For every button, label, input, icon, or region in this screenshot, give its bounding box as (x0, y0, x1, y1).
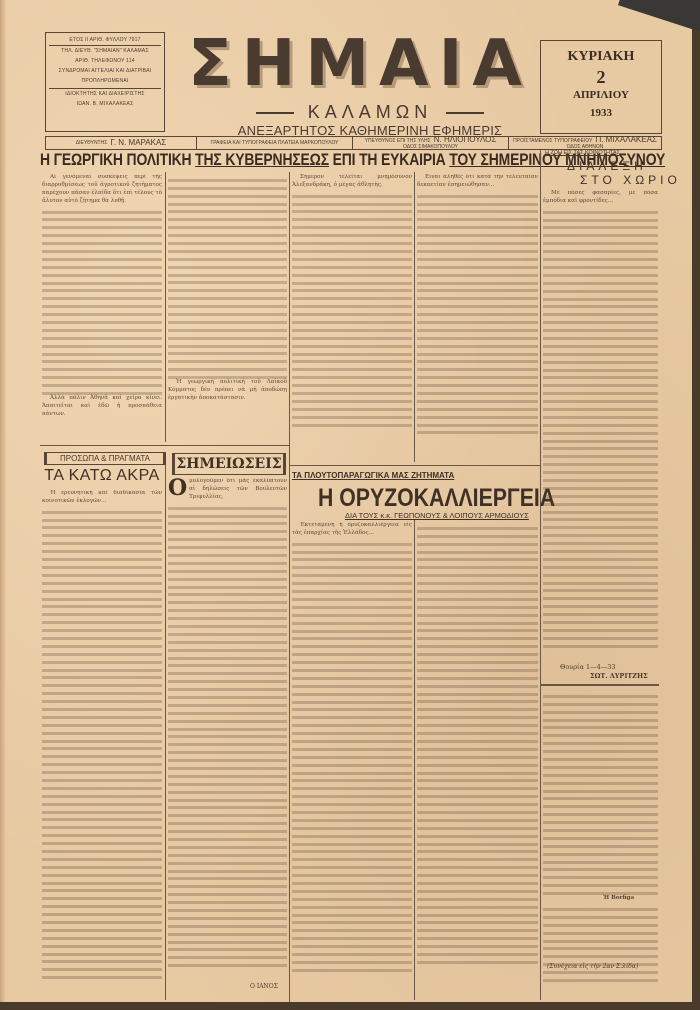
text-line (292, 969, 412, 972)
text-line (292, 850, 412, 853)
text-line (543, 337, 658, 340)
text-line (417, 313, 538, 316)
text-line (543, 566, 658, 569)
text-line (42, 234, 162, 237)
text-line (42, 669, 162, 672)
text-line (168, 507, 287, 510)
text-line (168, 522, 287, 525)
text-line (292, 937, 412, 940)
section-rule (40, 445, 290, 446)
text-line (417, 882, 538, 885)
text-line (168, 641, 287, 644)
text-line (292, 266, 412, 269)
text-line (168, 234, 287, 237)
text-line (42, 732, 162, 735)
lead-article-col1: Αἱ γενόμεναι συσκέψεις περὶ τῆς διαρρυθμ… (42, 174, 162, 442)
text-line (168, 360, 287, 363)
text-line (543, 534, 658, 537)
text-line (417, 803, 538, 806)
text-line (417, 543, 538, 546)
text-line (292, 716, 412, 719)
text-line (168, 250, 287, 253)
text-line (168, 297, 287, 300)
text-line (168, 948, 287, 951)
text-line (42, 337, 162, 340)
text-line (543, 266, 658, 269)
newspaper-city: ΚΑΛΑΜΩΝ (195, 102, 545, 123)
text-line (543, 750, 658, 753)
text-line (292, 337, 412, 340)
text-line (42, 582, 162, 585)
text-line (417, 700, 538, 703)
text-line (168, 735, 287, 738)
text-line (543, 805, 658, 808)
text-line (42, 882, 162, 885)
text-line (543, 734, 658, 737)
text-line (42, 598, 162, 601)
continued-note: (Συνέχεια εἰς τὴν 2αν Σ.λίδα) (547, 963, 638, 970)
text-line (292, 622, 412, 625)
text-line (417, 795, 538, 798)
text-line (543, 219, 658, 222)
text-line (417, 629, 538, 632)
text-line (168, 751, 287, 754)
text-line (168, 321, 287, 324)
text-line (42, 858, 162, 861)
rice-article-col1: Ἐκτεταμένη ἡ ὀρυζοκαλλιέργεια εἰς τὰς ἐπ… (292, 522, 412, 992)
text-line (168, 830, 287, 833)
text-line (543, 861, 658, 864)
text-line (543, 440, 658, 443)
text-line (168, 337, 287, 340)
text-line (42, 534, 162, 537)
text-line (292, 384, 412, 387)
text-line (417, 258, 538, 261)
text-line (42, 787, 162, 790)
text-line (543, 290, 658, 293)
text-line (42, 274, 162, 277)
text-line (42, 874, 162, 877)
text-line (292, 874, 412, 877)
text-line (42, 258, 162, 261)
text-line (168, 562, 287, 565)
text-line (292, 606, 412, 609)
side-column-dateline: Θουρία 1—4—33 (560, 663, 616, 671)
text-line (168, 210, 287, 213)
text-line (543, 719, 658, 722)
text-line (292, 574, 412, 577)
text-line (417, 345, 538, 348)
text-line (417, 203, 538, 206)
text-line (292, 630, 412, 633)
director-label: ΔΙΕΥΘΥΝΤΗΣ (76, 140, 108, 146)
paragraph: Μὲ πόσες φασαρίες, μὲ πόσα ἐμπόδια καὶ φ… (543, 190, 658, 206)
text-line (292, 866, 412, 869)
year: 1933 (541, 107, 661, 119)
text-line (168, 657, 287, 660)
text-line (417, 724, 538, 727)
text-line (543, 305, 658, 308)
text-line (292, 210, 412, 213)
text-line (543, 774, 658, 777)
director-cell: ΔΙΕΥΘΥΝΤΗΣ Γ. Ν. ΜΑΡΑΚΑΣ (46, 137, 197, 149)
text-line (292, 906, 412, 909)
text-line (42, 566, 162, 569)
text-line (417, 598, 538, 601)
text-line (543, 274, 658, 277)
text-line (292, 772, 412, 775)
text-line (543, 471, 658, 474)
text-line (417, 282, 538, 285)
text-line (417, 266, 538, 269)
text-line (292, 543, 412, 546)
text-line (42, 913, 162, 916)
text-line (168, 649, 287, 652)
text-line (42, 826, 162, 829)
text-line (42, 771, 162, 774)
text-line (417, 843, 538, 846)
text-line (42, 218, 162, 221)
newspaper-page: ΕΤΟΣ ΙΙ ΑΡΙΘ. ΦΥΛΛΟΥ 7917 ΤΗΛ. ΔΙΕΥΘ. "Σ… (0, 0, 692, 1002)
text-line (168, 226, 287, 229)
text-line (543, 321, 658, 324)
text-line (417, 250, 538, 253)
column-rule (165, 172, 166, 442)
text-line (543, 813, 658, 816)
text-line (168, 203, 287, 206)
text-line (417, 424, 538, 427)
rice-article-title: Η ΟΡΥΖΟΚΑΛΛΙΕΡΓΕΙΑ (318, 484, 555, 513)
text-line (292, 258, 412, 261)
text-line (292, 637, 412, 640)
text-line (417, 210, 538, 213)
text-line (42, 360, 162, 363)
day-number: 2 (541, 67, 661, 88)
text-line (168, 814, 287, 817)
text-line (168, 617, 287, 620)
side-column-author: ΣΩΤ. ΛΥΡΙΤΖΗΣ (590, 672, 648, 680)
text-line (543, 234, 658, 237)
text-line (42, 945, 162, 948)
text-line (292, 898, 412, 901)
text-line (168, 909, 287, 912)
text-line (168, 941, 287, 944)
text-line (543, 916, 658, 919)
text-line (42, 313, 162, 316)
text-line (417, 693, 538, 696)
text-line (168, 672, 287, 675)
text-line (292, 297, 412, 300)
text-line (168, 625, 287, 628)
text-line (417, 858, 538, 861)
text-line (543, 766, 658, 769)
director-name: Γ. Ν. ΜΑΡΑΚΑΣ (110, 140, 166, 146)
text-line (417, 606, 538, 609)
text-line (417, 376, 538, 379)
side-column-title-line1: ΔΙΑΛΕΞΗ (567, 159, 647, 173)
text-line (543, 924, 658, 927)
text-line (543, 637, 658, 640)
text-line (417, 384, 538, 387)
text-line (168, 759, 287, 762)
text-line (417, 945, 538, 948)
lead-headline: Η ΓΕΩΡΓΙΚΗ ΠΟΛΙΤΙΚΗ ΤΗΣ ΚΥΒΕΡΝΗΣΕΩΣ ΕΠΙ … (40, 150, 450, 170)
text-line (543, 868, 658, 871)
text-line (417, 866, 538, 869)
lead-article-col3: Σήμερον τελεῖται μνημόσυνον Ἀλεξανδράκη,… (292, 174, 412, 462)
text-line (543, 574, 658, 577)
text-line (42, 242, 162, 245)
text-line (417, 337, 538, 340)
text-line (543, 408, 658, 411)
text-line (292, 250, 412, 253)
text-line (42, 803, 162, 806)
text-line (292, 305, 412, 308)
text-line (42, 740, 162, 743)
column-rule (540, 150, 541, 1000)
text-line (42, 929, 162, 932)
text-line (168, 593, 287, 596)
text-line (42, 834, 162, 837)
text-line (42, 811, 162, 814)
text-line (168, 743, 287, 746)
text-line (292, 732, 412, 735)
masthead: ΕΤΟΣ ΙΙ ΑΡΙΘ. ΦΥΛΛΟΥ 7917 ΤΗΛ. ΔΙΕΥΘ. "Σ… (45, 30, 660, 135)
text-line (417, 392, 538, 395)
text-line (168, 313, 287, 316)
text-line (168, 846, 287, 849)
column-rule (165, 455, 166, 1000)
text-line (292, 313, 412, 316)
text-line (42, 211, 162, 214)
text-line (543, 542, 658, 545)
text-line (42, 953, 162, 956)
text-line (42, 519, 162, 522)
text-line (42, 282, 162, 285)
text-line (543, 703, 658, 706)
rice-article-kicker: ΤΑ ΠΛΟΥΤΟΠΑΡΑΓΩΓΙΚΑ ΜΑΣ ΖΗΤΗΜΑΤΑ (292, 471, 454, 480)
text-line (168, 822, 287, 825)
owner-label: ΙΔΙΟΚΤΗΤΗΣ ΚΑΙ ΔΙΑΧΕΙΡΙΣΤΗΣ (49, 88, 161, 99)
text-line (42, 676, 162, 679)
text-line (292, 827, 412, 830)
text-line (42, 621, 162, 624)
text-line (543, 369, 658, 372)
text-line (42, 905, 162, 908)
text-line (543, 558, 658, 561)
text-line (292, 811, 412, 814)
text-line (543, 511, 658, 514)
text-line (42, 700, 162, 703)
text-line (292, 566, 412, 569)
text-line (417, 929, 538, 932)
text-line (417, 360, 538, 363)
text-line (543, 376, 658, 379)
text-line (168, 289, 287, 292)
text-line (42, 329, 162, 332)
paragraph: Εἶναι ἀληθὲς ὅτι κατὰ τὴν τελευταίαν δεκ… (417, 174, 538, 190)
text-line (543, 605, 658, 608)
text-line (543, 250, 658, 253)
text-line (168, 838, 287, 841)
text-line (417, 716, 538, 719)
text-line (168, 799, 287, 802)
phone-number: ΑΡΙΘ. ΤΗΛΕΦΩΝΟΥ 114 (49, 56, 161, 66)
text-line (42, 818, 162, 821)
text-line (168, 885, 287, 888)
text-line (417, 764, 538, 767)
text-line (543, 424, 658, 427)
text-line (292, 653, 412, 656)
text-line (543, 695, 658, 698)
text-line (417, 914, 538, 917)
text-line (168, 712, 287, 715)
text-line (543, 742, 658, 745)
text-line (543, 758, 658, 761)
text-line (292, 882, 412, 885)
printer-cell: ΠΡΟΪΣΤΑΜΕΝΟΣ ΤΥΠΟΓΡΑΦΕΙΟΥΠ. ΜΙΧΑΛΑΚΕΑΣ Ο… (509, 137, 661, 149)
prepaid-note: ΠΡΟΠΛΗΡΩΜΕΝΑΙ (49, 76, 161, 86)
text-line (417, 732, 538, 735)
text-line (543, 463, 658, 466)
text-line (417, 850, 538, 853)
text-line (42, 574, 162, 577)
text-line (417, 431, 538, 434)
text-line (543, 479, 658, 482)
text-line (168, 720, 287, 723)
text-line (42, 353, 162, 356)
text-line (168, 696, 287, 699)
text-line (543, 589, 658, 592)
text-line (168, 515, 287, 518)
text-line (168, 281, 287, 284)
text-line (292, 218, 412, 221)
text-line (42, 637, 162, 640)
text-line (543, 782, 658, 785)
text-line (292, 914, 412, 917)
text-line (292, 740, 412, 743)
text-line (417, 653, 538, 656)
text-line (543, 853, 658, 856)
text-line (417, 416, 538, 419)
text-line (417, 874, 538, 877)
printer-name: Π. ΜΙΧΑΛΑΚΕΑΣ (595, 135, 656, 144)
text-line (168, 179, 287, 182)
text-line (168, 901, 287, 904)
text-line (292, 582, 412, 585)
text-line (417, 748, 538, 751)
text-line (417, 321, 538, 324)
text-line (543, 226, 658, 229)
side-column-kicker: Η ΖΩΗ ΕΙΣ ΤΑΣ ΚΟΙΝΟΤΗΤΑΣ (545, 150, 620, 156)
text-line (417, 551, 538, 554)
date-box: ΚΥΡΙΑΚΗ 2 ΑΠΡΙΛΙΟΥ 1933 (540, 40, 662, 134)
text-line (42, 850, 162, 853)
text-line (168, 538, 287, 541)
text-line (168, 688, 287, 691)
text-line (292, 242, 412, 245)
text-line (168, 877, 287, 880)
text-line (42, 937, 162, 940)
text-line (417, 622, 538, 625)
text-line (168, 791, 287, 794)
text-line (42, 558, 162, 561)
text-line (42, 866, 162, 869)
text-line (543, 940, 658, 943)
text-line (292, 289, 412, 292)
text-line (168, 680, 287, 683)
text-line (543, 455, 658, 458)
text-line (417, 574, 538, 577)
text-line (292, 779, 412, 782)
notes-article: Ο μολογοῦμεν ὅτι μᾶς ἐκαλύπτουν αἱ δηλώσ… (168, 478, 287, 988)
text-line (292, 858, 412, 861)
text-line (417, 645, 538, 648)
section-rule (290, 465, 540, 466)
newspaper-title: ΣΗΜΑΙΑ (185, 28, 535, 100)
rice-article-col2 (417, 522, 538, 992)
section-rule (541, 684, 659, 686)
text-line (543, 432, 658, 435)
text-line (292, 764, 412, 767)
rice-article-byline: ΔΙΑ ΤΟΥΣ κ.κ. ΓΕΩΠΟΝΟΥΣ & ΛΟΙΠΟΥΣ ΑΡΜΟΔΙ… (345, 511, 529, 520)
text-line (168, 956, 287, 959)
info-box: ΕΤΟΣ ΙΙ ΑΡΙΘ. ΦΥΛΛΟΥ 7917 ΤΗΛ. ΔΙΕΥΘ. "Σ… (45, 32, 165, 132)
text-line (543, 837, 658, 840)
text-line (292, 835, 412, 838)
text-line (543, 361, 658, 364)
text-line (168, 806, 287, 809)
text-line (292, 693, 412, 696)
text-line (543, 597, 658, 600)
text-line (168, 218, 287, 221)
side-column-article: Μὲ πόσες φασαρίες, μὲ πόσα ἐμπόδια καὶ φ… (543, 190, 658, 660)
text-line (417, 408, 538, 411)
text-line (417, 234, 538, 237)
paragraph: Σήμερον τελεῖται μνημόσυνον Ἀλεξανδράκη,… (292, 174, 412, 190)
text-line (543, 821, 658, 824)
text-line (543, 392, 658, 395)
text-line (543, 447, 658, 450)
text-line (42, 289, 162, 292)
text-line (42, 550, 162, 553)
text-line (417, 195, 538, 198)
text-line (42, 661, 162, 664)
text-line (168, 329, 287, 332)
text-line (42, 795, 162, 798)
text-line (543, 503, 658, 506)
text-line (292, 590, 412, 593)
text-line (543, 955, 658, 958)
text-line (417, 368, 538, 371)
text-line (543, 645, 658, 648)
text-line (168, 266, 287, 269)
text-line (42, 345, 162, 348)
text-line (292, 701, 412, 704)
text-line (417, 921, 538, 924)
text-line (42, 724, 162, 727)
text-line (543, 845, 658, 848)
text-line (168, 775, 287, 778)
lead-article-col4: Εἶναι ἀληθὲς ὅτι κατὰ τὴν τελευταίαν δεκ… (417, 174, 538, 462)
text-line (417, 740, 538, 743)
paragraph: Ἡ Borfiga (543, 895, 658, 903)
text-line (543, 298, 658, 301)
text-line (543, 211, 658, 214)
text-line (292, 795, 412, 798)
text-line (42, 526, 162, 529)
text-line (168, 195, 287, 198)
